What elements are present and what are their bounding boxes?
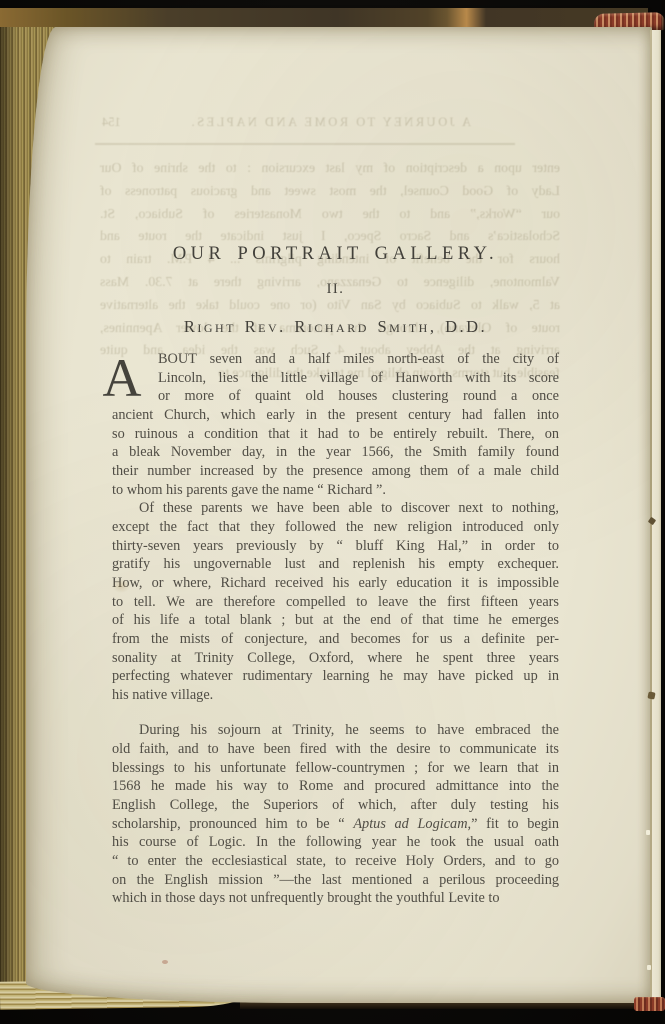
text-line: scholarship, pronounced him to be “ Aptu… [112, 815, 559, 834]
book-photo: A JOURNEY TO ROME AND NAPLES. 154 enter … [0, 0, 665, 1024]
text-line: How, or where, Richard received his earl… [112, 574, 559, 593]
paper-stain [112, 579, 130, 593]
text-line: or more of quaint old houses clustering … [112, 387, 559, 406]
body-text: ABOUT seven and a half miles north-east … [112, 350, 559, 908]
section-number: II. [112, 281, 559, 297]
text-line: his course of Logic. In the following ye… [112, 833, 559, 852]
bottom-headband [634, 997, 665, 1011]
text-line: 1568 he made his way to Rome and procure… [112, 777, 559, 796]
text-line: ancient Church, which early in the prese… [112, 406, 559, 425]
page-content: OUR PORTRAIT GALLERY. II. Right Rev. Ric… [112, 244, 559, 908]
bleed-running-header: A JOURNEY TO ROME AND NAPLES. 154 [100, 115, 560, 133]
stitch-speck [646, 830, 650, 835]
bleed-page-number: 154 [102, 115, 121, 130]
bleed-rule [95, 143, 515, 145]
text-line: to whom his parents gave the name “ Rich… [112, 481, 559, 500]
text-line: “ to enter the ecclesiastical state, to … [112, 852, 559, 871]
text-line: sonality at Trinity College, Oxford, whe… [112, 649, 559, 668]
text-line: Lady of Good Counsel, the most sweet and… [100, 180, 560, 203]
text-line: old faith, and to have been fired with t… [112, 740, 559, 759]
text-line: BOUT seven and a half miles north-east o… [112, 350, 559, 369]
text-line: his native village. [112, 686, 559, 705]
text-line: Lincoln, lies the little village of Hanw… [112, 369, 559, 388]
text-line: Of these parents we have been able to di… [112, 499, 559, 518]
text-line: our “Works,” and to the two Monasteries … [100, 203, 560, 226]
paragraph: ABOUT seven and a half miles north-east … [112, 350, 559, 499]
ink-speck [647, 691, 655, 699]
page-heading: OUR PORTRAIT GALLERY. [112, 244, 559, 264]
right-edge-shadow [661, 0, 665, 1024]
text-line: thirty-seven years previously by “ bluff… [112, 537, 559, 556]
text-line: During his sojourn at Trinity, he seems … [112, 721, 559, 740]
top-binding [0, 8, 648, 28]
text-line: so ruinous a condition that it had to be… [112, 425, 559, 444]
text-line: from the mists of conjecture, and become… [112, 630, 559, 649]
text-line: enter upon a description of my last excu… [100, 157, 560, 180]
text-line: perfecting whatever rudimentary learning… [112, 667, 559, 686]
text-line: gratify his ungovernable lust and replen… [112, 555, 559, 574]
next-page-sliver [652, 30, 661, 1000]
text-line: blessings to his unfortunate fellow-coun… [112, 759, 559, 778]
paper-stain-small [162, 960, 168, 964]
paragraph: During his sojourn at Trinity, he seems … [112, 721, 559, 908]
text-line: English College, the Superiors of which,… [112, 796, 559, 815]
text-line: which in those days not unfrequently bro… [112, 889, 559, 908]
bleed-running-header-title: A JOURNEY TO ROME AND NAPLES. [100, 115, 560, 130]
text-line: except the fact that they followed the n… [112, 518, 559, 537]
text-line: of his life a total blank ; but at the e… [112, 611, 559, 630]
text-line: their number increased by the presence a… [112, 462, 559, 481]
text-line: to tell. We are therefore compelled to l… [112, 593, 559, 612]
stitch-speck [647, 965, 651, 970]
book-page: A JOURNEY TO ROME AND NAPLES. 154 enter … [26, 27, 652, 1003]
chapter-subtitle: Right Rev. Richard Smith, D.D. [112, 318, 559, 336]
text-line: on the English mission ”—the last mentio… [112, 871, 559, 890]
paragraph: Of these parents we have been able to di… [112, 499, 559, 704]
drop-cap: A [102, 352, 142, 405]
text-line: a bleak November day, in the year 1566, … [112, 443, 559, 462]
